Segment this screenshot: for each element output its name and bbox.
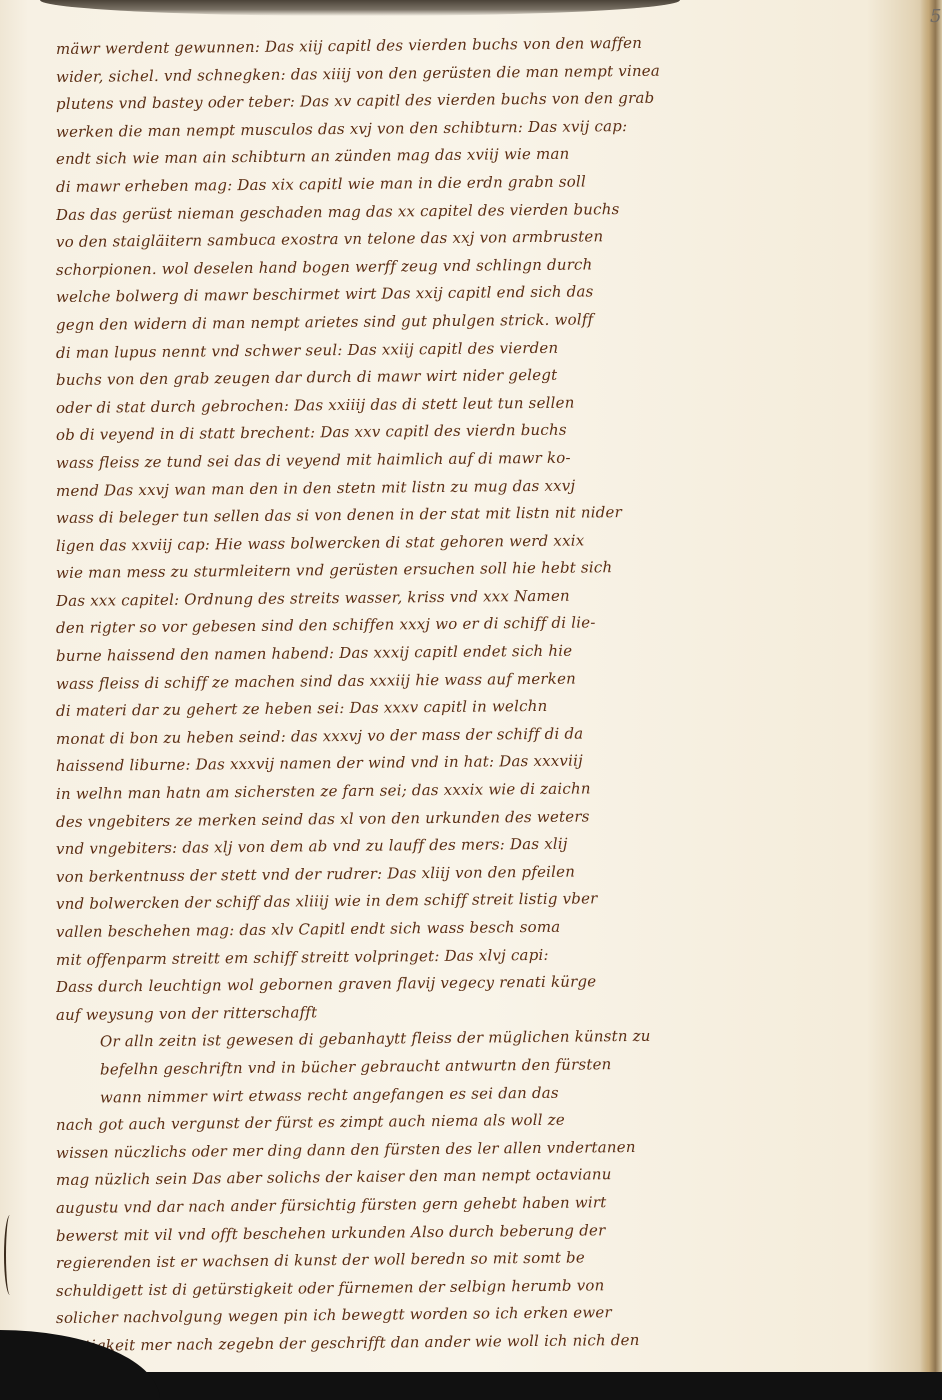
folio-number: 5 [930, 6, 941, 27]
margin-bracket-mark [4, 1215, 16, 1295]
page-top-edge [40, 0, 680, 16]
page-binding-edge [920, 0, 942, 1400]
manuscript-text-block: mäwr werdent gewunnen: Das xiij capitl d… [56, 36, 876, 1361]
scan-background-corner [0, 1332, 942, 1400]
manuscript-page: 5 mäwr werdent gewunnen: Das xiij capitl… [0, 0, 942, 1400]
